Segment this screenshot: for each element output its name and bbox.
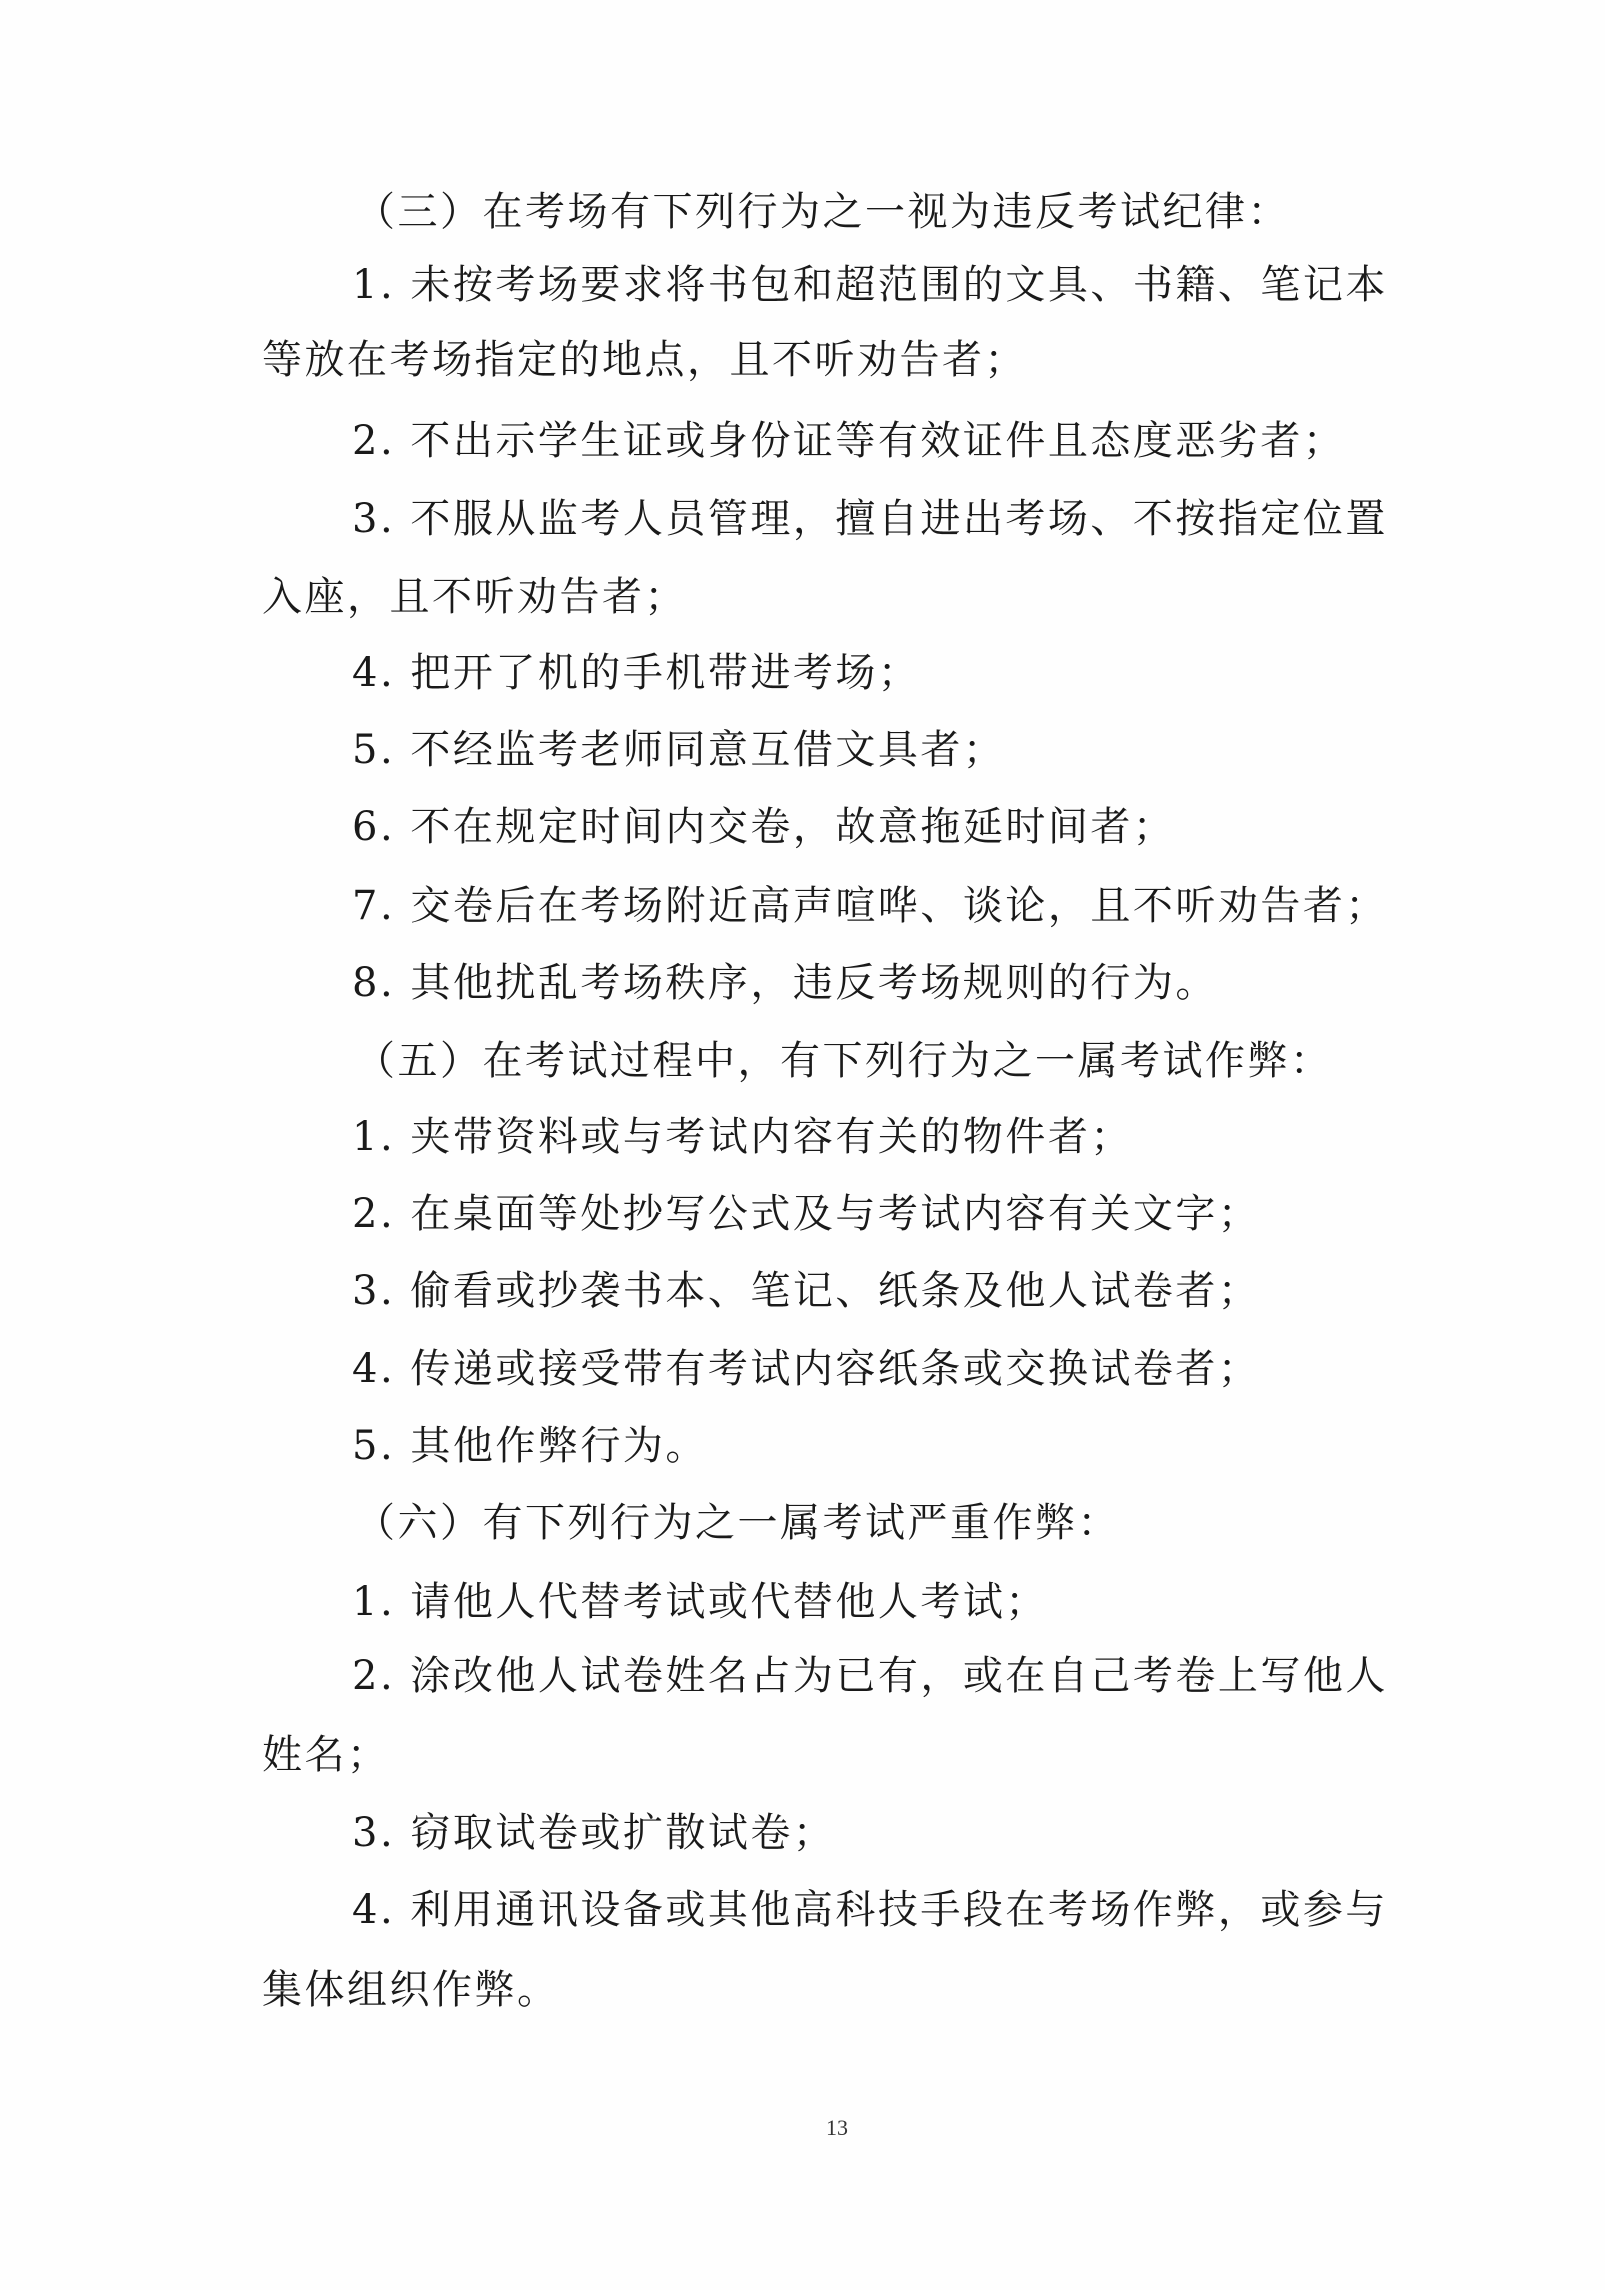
rule-item-5-1: 1. 夹带资料或与考试内容有关的物件者； — [352, 1112, 1133, 1162]
rule-item-3-3-continued: 入座，且不听劝告者； — [262, 572, 687, 622]
rule-item-3-6: 6. 不在规定时间内交卷，故意拖延时间者； — [352, 802, 1175, 852]
rule-item-6-4-continued: 集体组织作弊。 — [262, 1965, 560, 2015]
rule-item-3-3: 3. 不服从监考人员管理，擅自进出考场、不按指定位置 — [352, 494, 1388, 544]
rule-item-3-1: 1. 未按考场要求将书包和超范围的文具、书籍、笔记本 — [352, 260, 1388, 310]
rule-item-5-4: 4. 传递或接受带有考试内容纸条或交换试卷者； — [352, 1344, 1260, 1394]
rule-item-6-4: 4. 利用通讯设备或其他高科技手段在考场作弊，或参与 — [352, 1885, 1388, 1935]
rule-item-6-2-continued: 姓名； — [262, 1730, 390, 1780]
section-heading-3: （三）在考场有下列行为之一视为违反考试纪律： — [355, 187, 1290, 237]
rule-item-3-5: 5. 不经监考老师同意互借文具者； — [352, 725, 1005, 775]
rule-item-6-3: 3. 窃取试卷或扩散试卷； — [352, 1808, 835, 1858]
rule-item-5-5: 5. 其他作弊行为。 — [352, 1421, 708, 1471]
rule-item-3-8: 8. 其他扰乱考场秩序，违反考场规则的行为。 — [352, 958, 1218, 1008]
rule-item-5-2: 2. 在桌面等处抄写公式及与考试内容有关文字； — [352, 1189, 1260, 1239]
rule-item-6-1: 1. 请他人代替考试或代替他人考试； — [352, 1577, 1048, 1627]
rule-item-3-1-continued: 等放在考场指定的地点，且不听劝告者； — [262, 335, 1027, 385]
rule-item-5-3: 3. 偷看或抄袭书本、笔记、纸条及他人试卷者； — [352, 1266, 1260, 1316]
rule-item-3-2: 2. 不出示学生证或身份证等有效证件且态度恶劣者； — [352, 416, 1345, 466]
rule-item-6-2: 2. 涂改他人试卷姓名占为已有，或在自己考卷上写他人 — [352, 1651, 1388, 1701]
document-page: （三）在考场有下列行为之一视为违反考试纪律： 1. 未按考场要求将书包和超范围的… — [0, 0, 1605, 2290]
section-heading-6: （六）有下列行为之一属考试严重作弊： — [355, 1498, 1120, 1548]
rule-item-3-7: 7. 交卷后在考场附近高声喧哗、谈论，且不听劝告者； — [352, 881, 1388, 931]
rule-item-3-4: 4. 把开了机的手机带进考场； — [352, 648, 920, 698]
page-number: 13 — [826, 2115, 848, 2141]
section-heading-5: （五）在考试过程中，有下列行为之一属考试作弊： — [355, 1036, 1333, 1086]
